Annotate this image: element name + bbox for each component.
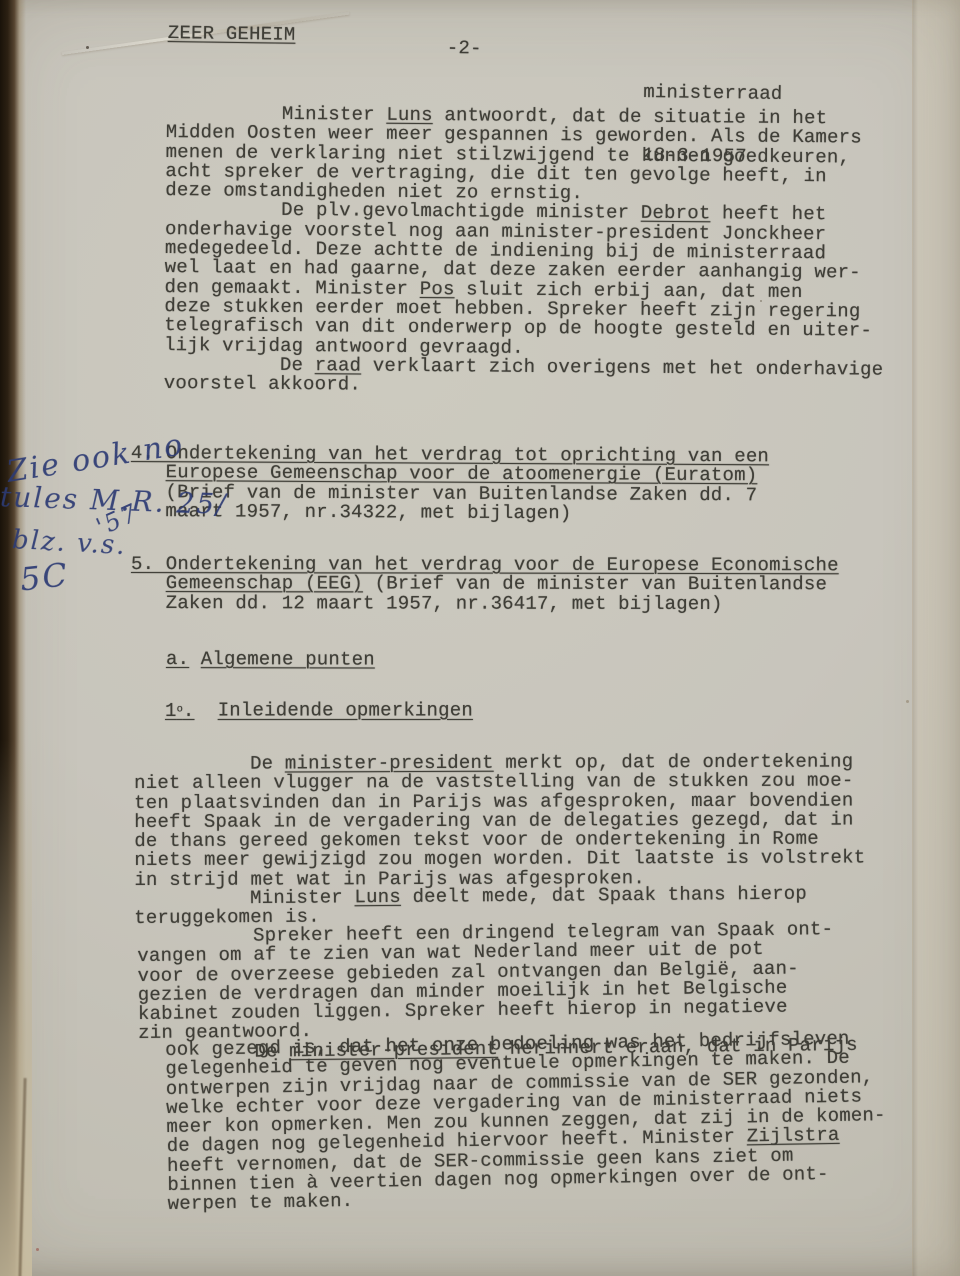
section-heading-a: a. Algemene punten <box>166 650 375 670</box>
scan-left-edge-fade <box>0 740 32 1276</box>
discussion-paragraph-4: ook gezegd is, dat het onze bedoeling wa… <box>165 1029 887 1215</box>
document-page: ZEER GEHEIM -2- ministerraad 18-3-1957 M… <box>0 0 960 1276</box>
agenda-item-5: 5. Ondertekening van het verdrag voor de… <box>131 555 839 614</box>
meta-committee: ministerraad <box>643 82 783 105</box>
subsection-heading-1: 1o. Inleidende opmerkingen <box>165 700 473 721</box>
page-number: -2- <box>447 39 482 59</box>
paper-speck <box>906 700 909 703</box>
text-line: Zaken dd. 12 maart 1957, nr.36417, met b… <box>131 594 839 615</box>
classification-stamp: ZEER GEHEIM <box>168 24 296 45</box>
text-line: 1o. Inleidende opmerkingen <box>165 700 473 721</box>
text-line: a. Algemene punten <box>166 650 375 670</box>
minutes-paragraphs: Minister Luns antwoordt, dat de situatie… <box>164 104 886 399</box>
paper-speck <box>86 46 89 49</box>
discussion-paragraph-1: De minister-president merkt op, dat de o… <box>134 752 865 890</box>
handwriting-line: 5C <box>18 556 71 599</box>
paper-fold-right <box>912 0 960 1276</box>
paper-speck <box>36 1248 39 1251</box>
handwriting-line: blz. v.s. <box>11 525 127 561</box>
